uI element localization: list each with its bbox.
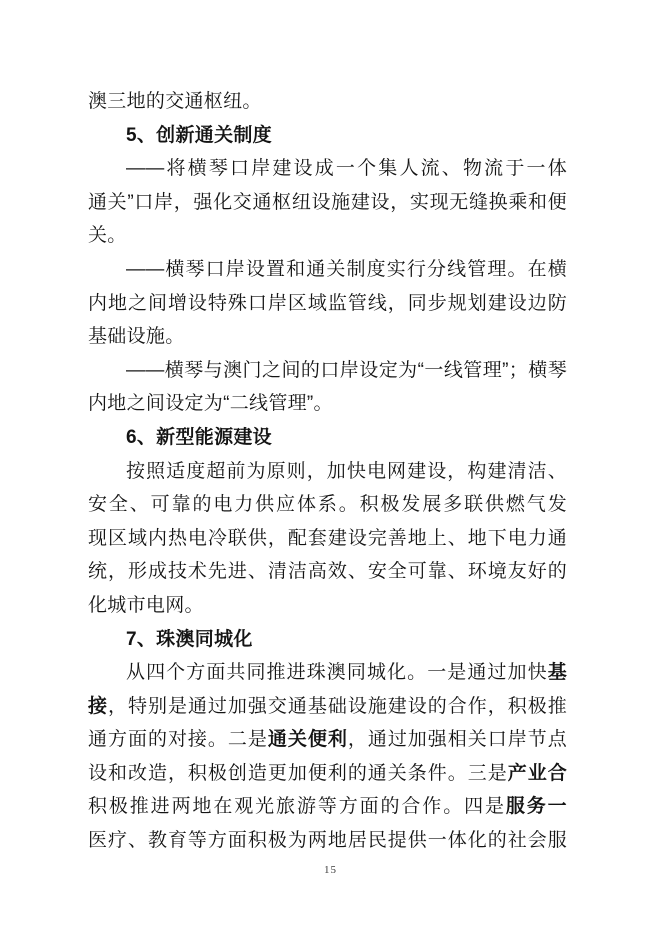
bold-text-segment: 5、创新通关制度: [126, 125, 272, 146]
line-heading-5: 5、创新通关制度: [88, 119, 567, 153]
text-segment: 从四个方面共同推进珠澳同城化。一是通过加快: [126, 662, 548, 683]
line-zhuao-para-c: 通方面的对接。二是通关便利，通过加强相关口岸节点的建: [88, 723, 567, 757]
line-energy-para-b: 安全、可靠的电力供应体系。积极发展多联供燃气发电，实: [88, 488, 567, 522]
text-segment: 化城市电网。: [88, 595, 204, 616]
line-zhuao-para-a: 从四个方面共同推进珠澳同城化。一是通过加快基建对: [88, 656, 567, 690]
text-segment: 医疗、教育等方面积极为两地居民提供一体化的社会服务。: [88, 830, 567, 858]
line-heading-7: 7、珠澳同城化: [88, 623, 567, 657]
text-segment: 澳三地的交通枢纽。: [88, 91, 262, 112]
text-segment: 安全、可靠的电力供应体系。积极发展多联供燃气发电，实: [88, 494, 567, 522]
line-dash-para-1c: 关。: [88, 219, 567, 253]
text-segment: 现区域内热电冷联供，配套建设完善地上、地下电力通道系: [88, 528, 567, 556]
text-segment: 设和改造，积极创造更加便利的通关条件。三是: [88, 763, 508, 784]
document-lines: 澳三地的交通枢纽。5、创新通关制度——将横琴口岸建设成一个集人流、物流于一体的“…: [88, 85, 567, 858]
text-segment: 关。: [88, 225, 127, 246]
document-page: 澳三地的交通枢纽。5、创新通关制度——将横琴口岸建设成一个集人流、物流于一体的“…: [0, 0, 661, 935]
text-segment: 内地之间增设特殊口岸区域监管线，同步规划建设边防执勤: [88, 293, 567, 321]
text-segment: 统，形成技术先进、清洁高效、安全可靠、环境友好的现代: [88, 561, 567, 589]
bold-text-segment: 6、新型能源建设: [126, 427, 272, 448]
line-dash-para-2b: 内地之间增设特殊口岸区域监管线，同步规划建设边防执勤: [88, 287, 567, 321]
text-segment: ，特别是通过加强交通基础设施建设的合作，积极推进交: [88, 696, 567, 724]
line-energy-para-e: 化城市电网。: [88, 589, 567, 623]
line-zhuao-para-d: 设和改造，积极创造更加便利的通关条件。三是产业合作，: [88, 757, 567, 791]
text-segment: 通关”口岸，强化交通枢纽设施建设，实现无缝换乘和便利通: [88, 192, 567, 220]
line-para4-continuation: 澳三地的交通枢纽。: [88, 85, 567, 119]
bold-text-segment: 通关便利: [268, 729, 348, 750]
bold-text-segment: 接: [88, 696, 108, 717]
line-dash-para-2a: ——横琴口岸设置和通关制度实行分线管理。在横琴与: [88, 253, 567, 287]
text-segment: 基础设施。: [88, 326, 185, 347]
line-dash-para-2c: 基础设施。: [88, 320, 567, 354]
line-energy-para-c: 现区域内热电冷联供，配套建设完善地上、地下电力通道系: [88, 522, 567, 556]
page-number: 15: [0, 864, 661, 876]
line-heading-6: 6、新型能源建设: [88, 421, 567, 455]
line-dash-para-1a: ——将横琴口岸建设成一个集人流、物流于一体的“大: [88, 152, 567, 186]
text-segment: ——横琴与澳门之间的口岸设定为“一线管理”；横琴与: [88, 360, 567, 388]
text-segment: 按照适度超前为原则，加快电网建设，构建清洁、开放、: [88, 461, 567, 489]
line-zhuao-para-f: 医疗、教育等方面积极为两地居民提供一体化的社会服务。: [88, 824, 567, 858]
text-segment: ——将横琴口岸建设成一个集人流、物流于一体的“大: [88, 158, 567, 186]
line-energy-para-d: 统，形成技术先进、清洁高效、安全可靠、环境友好的现代: [88, 555, 567, 589]
line-dash-para-3a: ——横琴与澳门之间的口岸设定为“一线管理”；横琴与: [88, 354, 567, 388]
line-zhuao-para-e: 积极推进两地在观光旅游等方面的合作。四是服务一体，在: [88, 790, 567, 824]
text-segment: 内地之间设定为“二线管理”。: [88, 393, 333, 414]
text-segment: ——横琴口岸设置和通关制度实行分线管理。在横琴与: [88, 259, 567, 287]
line-energy-para-a: 按照适度超前为原则，加快电网建设，构建清洁、开放、: [88, 455, 567, 489]
line-dash-para-1b: 通关”口岸，强化交通枢纽设施建设，实现无缝换乘和便利通: [88, 186, 567, 220]
text-segment: 通方面的对接。二是: [88, 729, 268, 750]
text-segment: 积极推进两地在观光旅游等方面的合作。四是: [88, 796, 506, 817]
line-dash-para-3b: 内地之间设定为“二线管理”。: [88, 387, 567, 421]
bold-text-segment: 7、珠澳同城化: [126, 629, 253, 650]
line-zhuao-para-b: 接，特别是通过加强交通基础设施建设的合作，积极推进交: [88, 690, 567, 724]
